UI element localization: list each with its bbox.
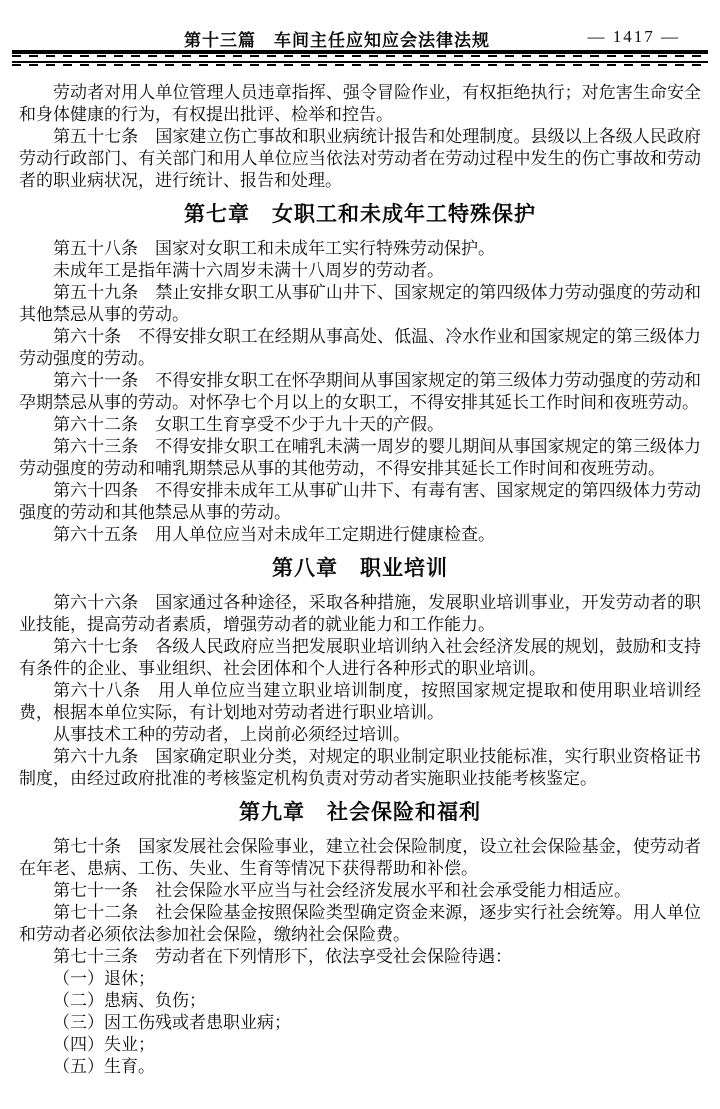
paragraph: 未成年工是指年满十六周岁未满十八周岁的劳动者。 — [19, 260, 701, 282]
paragraph: 从事技术工种的劳动者，上岗前必须经过培训。 — [19, 724, 701, 746]
list-item: （一）退休； — [19, 968, 701, 990]
paragraph: 第六十九条 国家确定职业分类，对规定的职业制定职业技能标准，实行职业资格证书制度… — [19, 746, 701, 790]
header-divider-rules — [12, 50, 708, 66]
paragraph: 第六十七条 各级人民政府应当把发展职业培训纳入社会经济发展的规划，鼓励和支持有条… — [19, 636, 701, 680]
page-number: — 1417 — — [588, 27, 681, 47]
paragraph: 第五十七条 国家建立伤亡事故和职业病统计报告和处理制度。县级以上各级人民政府劳动… — [19, 126, 701, 192]
paragraph: 第六十条 不得安排女职工在经期从事高处、低温、冷水作业和国家规定的第三级体力劳动… — [19, 326, 701, 370]
list-item: （二）患病、负伤； — [19, 990, 701, 1012]
list-item: （四）失业； — [19, 1034, 701, 1056]
paragraph: 第六十六条 国家通过各种途径，采取各种措施，发展职业培训事业，开发劳动者的职业技… — [19, 592, 701, 636]
paragraph: 第五十八条 国家对女职工和未成年工实行特殊劳动保护。 — [19, 238, 701, 260]
page-body: 劳动者对用人单位管理人员违章指挥、强令冒险作业，有权拒绝执行；对危害生命安全和身… — [0, 66, 720, 1078]
book-page: 第十三篇 车间主任应知应会法律法规 — 1417 — 劳动者对用人单位管理人员违… — [0, 0, 720, 1109]
list-item: （五）生育。 — [19, 1056, 701, 1078]
chapter-heading: 第八章 职业培训 — [19, 554, 701, 584]
paragraph: 第六十四条 不得安排未成年工从事矿山井下、有毒有害、国家规定的第四级体力劳动强度… — [19, 480, 701, 524]
paragraph: 第五十九条 禁止安排女职工从事矿山井下、国家规定的第四级体力劳动强度的劳动和其他… — [19, 282, 701, 326]
paragraph: 第七十三条 劳动者在下列情形下，依法享受社会保险待遇： — [19, 946, 701, 968]
paragraph: 第六十一条 不得安排女职工在怀孕期间从事国家规定的第三级体力劳动强度的劳动和孕期… — [19, 370, 701, 414]
running-header-title: 第十三篇 车间主任应知应会法律法规 — [184, 26, 490, 51]
paragraph: 第七十一条 社会保险水平应当与社会经济发展水平和社会承受能力相适应。 — [19, 880, 701, 902]
list-item: （三）因工伤残或者患职业病； — [19, 1012, 701, 1034]
paragraph: 第七十二条 社会保险基金按照保险类型确定资金来源，逐步实行社会统筹。用人单位和劳… — [19, 902, 701, 946]
chapter-heading: 第九章 社会保险和福利 — [19, 798, 701, 828]
chapter-heading: 第七章 女职工和未成年工特殊保护 — [19, 200, 701, 230]
page-header: 第十三篇 车间主任应知应会法律法规 — 1417 — — [0, 0, 720, 50]
paragraph: 第六十二条 女职工生育享受不少于九十天的产假。 — [19, 414, 701, 436]
paragraph: 第六十三条 不得安排女职工在哺乳未满一周岁的婴儿期间从事国家规定的第三级体力劳动… — [19, 436, 701, 480]
paragraph: 第六十五条 用人单位应当对未成年工定期进行健康检查。 — [19, 524, 701, 546]
paragraph: 第七十条 国家发展社会保险事业，建立社会保险制度，设立社会保险基金，使劳动者在年… — [19, 836, 701, 880]
paragraph: 第六十八条 用人单位应当建立职业培训制度，按照国家规定提取和使用职业培训经费，根… — [19, 680, 701, 724]
divider-solid-rule-bottom — [12, 61, 708, 63]
paragraph: 劳动者对用人单位管理人员违章指挥、强令冒险作业，有权拒绝执行；对危害生命安全和身… — [19, 82, 701, 126]
